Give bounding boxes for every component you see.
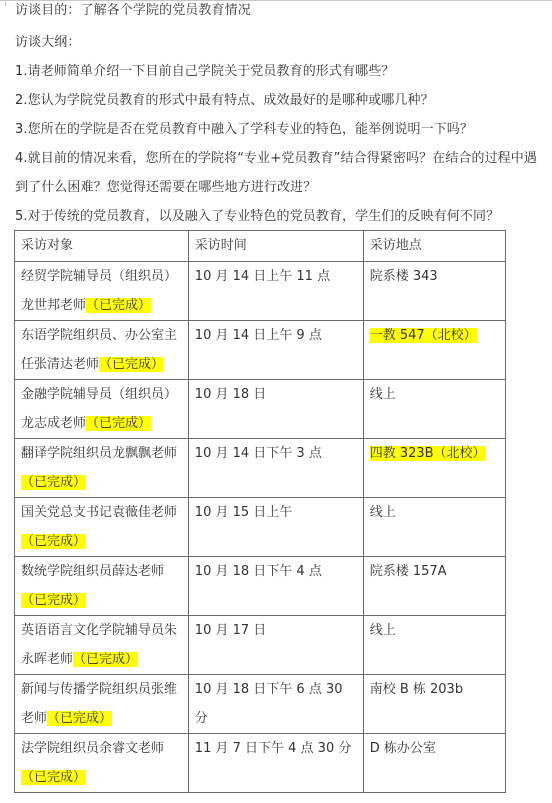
status-badge: （已完成） bbox=[86, 416, 151, 431]
subject-line2: 永晖老师 bbox=[21, 652, 73, 667]
location-text: D 栋办公室 bbox=[370, 741, 436, 756]
cell-subject: 金融学院辅导员（组织员） 龙志成老师（已完成） bbox=[15, 380, 189, 439]
cell-location: 线上 bbox=[363, 380, 505, 439]
location-text: 南校 B 栋 203b bbox=[370, 682, 463, 697]
cell-subject: 数统学院组织员薛达老师 （已完成） bbox=[15, 557, 189, 616]
cell-subject: 经贸学院辅导员（组织员） 龙世邦老师（已完成） bbox=[15, 262, 189, 321]
table-row: 金融学院辅导员（组织员） 龙志成老师（已完成） 10 月 18 日 线上 bbox=[15, 380, 506, 439]
subject-line1: 经贸学院辅导员（组织员） bbox=[21, 269, 177, 284]
table-row: 经贸学院辅导员（组织员） 龙世邦老师（已完成） 10 月 14 日上午 11 点… bbox=[15, 262, 506, 321]
cell-time: 10 月 18 日下午 4 点 bbox=[188, 557, 363, 616]
cell-location: 线上 bbox=[363, 616, 505, 675]
question-5: 5.对于传统的党员教育，以及融入了专业特色的党员教育，学生们的反映有何不同？ bbox=[15, 207, 499, 227]
status-badge: （已完成） bbox=[21, 593, 86, 608]
subject-line1: 金融学院辅导员（组织员） bbox=[21, 387, 177, 402]
table-row: 数统学院组织员薛达老师 （已完成） 10 月 18 日下午 4 点 院系楼 15… bbox=[15, 557, 506, 616]
table-row: 法学院组织员余睿文老师 （已完成） 11 月 7 日下午 4 点 30 分 D … bbox=[15, 734, 506, 793]
table-row: 东语学院组织员、办公室主 任张清达老师（已完成） 10 月 14 日上午 9 点… bbox=[15, 321, 506, 380]
status-badge: （已完成） bbox=[21, 534, 86, 549]
cell-location: 一教 547（北校） bbox=[363, 321, 505, 380]
cell-time: 11 月 7 日下午 4 点 30 分 bbox=[188, 734, 363, 793]
cell-time: 10 月 14 日上午 9 点 bbox=[188, 321, 363, 380]
table-row: 英语语言文化学院辅导员朱 永晖老师（已完成） 10 月 17 日 线上 bbox=[15, 616, 506, 675]
location-text-highlighted: 一教 547（北校） bbox=[370, 328, 477, 343]
question-4-line2: 到了什么困难？您觉得还需要在哪些地方进行改进？ bbox=[15, 178, 316, 198]
cell-subject: 东语学院组织员、办公室主 任张清达老师（已完成） bbox=[15, 321, 189, 380]
cell-location: 院系楼 343 bbox=[363, 262, 505, 321]
subject-line1: 法学院组织员余睿文老师 bbox=[21, 741, 164, 756]
interview-schedule-table: 采访对象 采访时间 采访地点 经贸学院辅导员（组织员） 龙世邦老师（已完成） 1… bbox=[14, 230, 506, 793]
status-badge: （已完成） bbox=[73, 652, 138, 667]
cell-subject: 法学院组织员余睿文老师 （已完成） bbox=[15, 734, 189, 793]
subject-line2: 龙世邦老师 bbox=[21, 298, 86, 313]
table-row: 翻译学院组织员龙飘飘老师 （已完成） 10 月 14 日下午 3 点 四教 32… bbox=[15, 439, 506, 498]
status-badge: （已完成） bbox=[21, 770, 86, 785]
table-row: 新闻与传播学院组织员张维 老师（已完成） 10 月 18 日下午 6 点 30 … bbox=[15, 675, 506, 734]
cell-location: 院系楼 157A bbox=[363, 557, 505, 616]
cell-time: 10 月 17 日 bbox=[188, 616, 363, 675]
location-text: 线上 bbox=[370, 505, 396, 520]
location-text: 院系楼 157A bbox=[370, 564, 447, 579]
cell-time: 10 月 18 日下午 6 点 30 分 bbox=[188, 675, 363, 734]
location-text: 线上 bbox=[370, 387, 396, 402]
subject-line1: 新闻与传播学院组织员张维 bbox=[21, 682, 177, 697]
status-badge: （已完成） bbox=[47, 711, 112, 726]
subject-line2: 龙志成老师 bbox=[21, 416, 86, 431]
cell-time: 10 月 14 日上午 11 点 bbox=[188, 262, 363, 321]
location-text: 院系楼 343 bbox=[370, 269, 438, 284]
subject-line1: 翻译学院组织员龙飘飘老师 bbox=[21, 446, 177, 461]
header-time: 采访时间 bbox=[188, 231, 363, 262]
cell-location: 线上 bbox=[363, 498, 505, 557]
cell-time: 10 月 14 日下午 3 点 bbox=[188, 439, 363, 498]
cell-subject: 翻译学院组织员龙飘飘老师 （已完成） bbox=[15, 439, 189, 498]
cell-location: 四教 323B（北校） bbox=[363, 439, 505, 498]
header-subject: 采访对象 bbox=[15, 231, 189, 262]
subject-line1: 英语语言文化学院辅导员朱 bbox=[21, 623, 177, 638]
cell-subject: 英语语言文化学院辅导员朱 永晖老师（已完成） bbox=[15, 616, 189, 675]
location-text-highlighted: 四教 323B（北校） bbox=[370, 446, 486, 461]
subject-line2: 老师 bbox=[21, 711, 47, 726]
location-text: 线上 bbox=[370, 623, 396, 638]
subject-line1: 国关党总支书记袁薇佳老师 bbox=[21, 505, 177, 520]
cell-subject: 国关党总支书记袁薇佳老师 （已完成） bbox=[15, 498, 189, 557]
table-row: 国关党总支书记袁薇佳老师 （已完成） 10 月 15 日上午 线上 bbox=[15, 498, 506, 557]
status-badge: （已完成） bbox=[99, 357, 164, 372]
status-badge: （已完成） bbox=[21, 475, 86, 490]
question-4-line1: 4.就目前的情况来看，您所在的学院将“专业+党员教育”结合得紧密吗？在结合的过程… bbox=[15, 149, 537, 169]
question-1: 1.请老师简单介绍一下目前自己学院关于党员教育的形式有哪些？ bbox=[15, 62, 394, 82]
cell-subject: 新闻与传播学院组织员张维 老师（已完成） bbox=[15, 675, 189, 734]
question-3: 3.您所在的学院是否在党员教育中融入了学科专业的特色，能举例说明一下吗？ bbox=[15, 120, 473, 140]
question-2: 2.您认为学院党员教育的形式中最有特点、成效最好的是哪种或哪几种？ bbox=[15, 91, 434, 111]
cell-time: 10 月 15 日上午 bbox=[188, 498, 363, 557]
cell-time: 10 月 18 日 bbox=[188, 380, 363, 439]
subject-line1: 东语学院组织员、办公室主 bbox=[21, 328, 177, 343]
subject-line1: 数统学院组织员薛达老师 bbox=[21, 564, 164, 579]
header-location: 采访地点 bbox=[363, 231, 505, 262]
cell-location: D 栋办公室 bbox=[363, 734, 505, 793]
cell-location: 南校 B 栋 203b bbox=[363, 675, 505, 734]
outline-title: 访谈大纲： bbox=[15, 33, 81, 53]
interview-purpose: 访谈目的：了解各个学院的党员教育情况 bbox=[15, 1, 251, 21]
table-header-row: 采访对象 采访时间 采访地点 bbox=[15, 231, 506, 262]
subject-line2: 任张清达老师 bbox=[21, 357, 99, 372]
page-margin-marker bbox=[5, 0, 6, 6]
status-badge: （已完成） bbox=[86, 298, 151, 313]
